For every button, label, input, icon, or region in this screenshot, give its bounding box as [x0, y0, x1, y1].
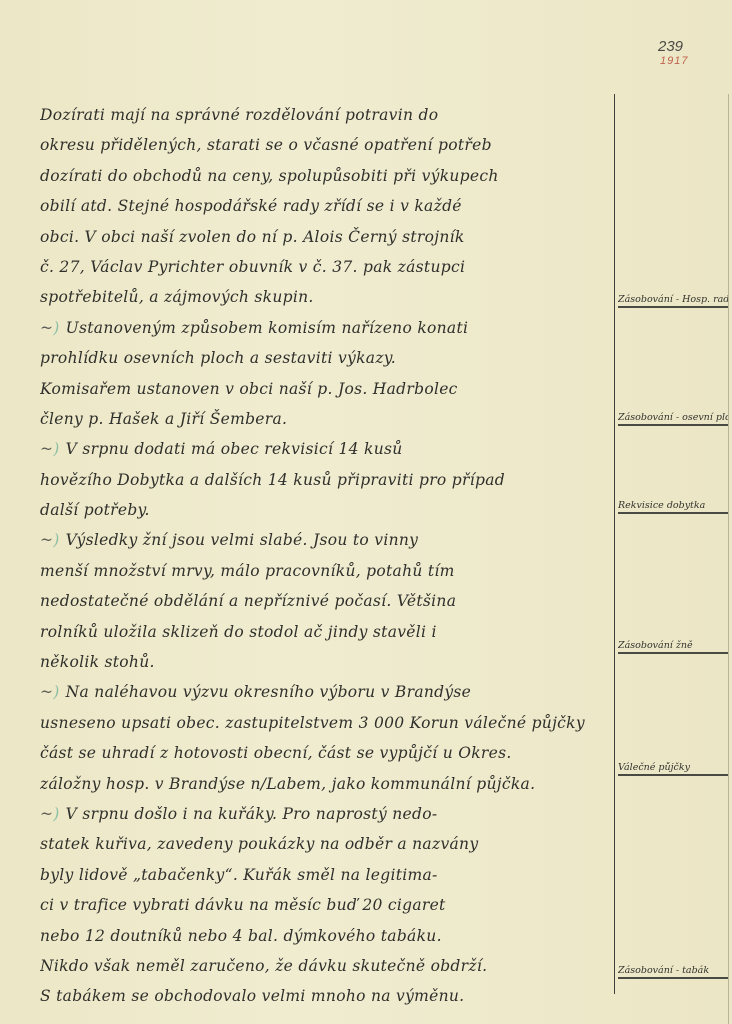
- text-line-content: menší množství mrvy, málo pracovníků, po…: [40, 562, 455, 580]
- text-line: členy p. Hašek a Jiří Šembera.: [40, 404, 612, 434]
- text-line-content: obci. V obci naší zvolen do ní p. Alois …: [40, 228, 465, 246]
- text-line-content: nebo 12 doutníků nebo 4 bal. dýmkového t…: [40, 927, 442, 945]
- paragraph-mark-icon: ~): [40, 434, 60, 464]
- text-line: Dozírati mají na správné rozdělování pot…: [40, 100, 612, 130]
- paragraph-mark-icon: ~): [40, 313, 60, 343]
- text-line-content: ci v trafice vybrati dávku na měsíc buď …: [40, 896, 446, 914]
- margin-rule: [614, 94, 615, 994]
- text-line: hovězího Dobytka a dalších 14 kusů připr…: [40, 465, 612, 495]
- text-line: usneseno upsati obec. zastupitelstvem 3 …: [40, 708, 612, 738]
- text-line: S tabákem se obchodovalo velmi mnoho na …: [40, 981, 612, 1011]
- text-line: obilí atd. Stejné hospodářské rady zřídí…: [40, 191, 612, 221]
- text-line-content: č. 27, Václav Pyrichter obuvník v č. 37.…: [40, 258, 465, 276]
- text-line-content: Dozírati mají na správné rozdělování pot…: [40, 106, 438, 124]
- text-line: rolníků uložila sklizeň do stodol ač jin…: [40, 617, 612, 647]
- text-line: ci v trafice vybrati dávku na měsíc buď …: [40, 890, 612, 920]
- text-line-content: V srpnu dodati má obec rekvisicí 14 kusů: [66, 440, 403, 458]
- text-line: byly lidově „tabačenky“. Kuřák směl na l…: [40, 860, 612, 890]
- text-line: č. 27, Václav Pyrichter obuvník v č. 37.…: [40, 252, 612, 282]
- text-line: okresu přidělených, starati se o včasné …: [40, 130, 612, 160]
- page-edge-rule: [728, 94, 729, 1024]
- text-line: nedostatečné obdělání a nepříznivé počas…: [40, 586, 612, 616]
- text-line: menší množství mrvy, málo pracovníků, po…: [40, 556, 612, 586]
- text-line-content: obilí atd. Stejné hospodářské rady zřídí…: [40, 197, 462, 215]
- text-line-content: okresu přidělených, starati se o včasné …: [40, 136, 492, 154]
- text-line-content: statek kuřiva, zavedeny poukázky na odbě…: [40, 835, 478, 853]
- text-line-content: nedostatečné obdělání a nepříznivé počas…: [40, 592, 456, 610]
- text-line-content: prohlídku osevních ploch a sestaviti výk…: [40, 349, 396, 367]
- text-line: prohlídku osevních ploch a sestaviti výk…: [40, 343, 612, 373]
- text-line: část se uhradí z hotovosti obecní, část …: [40, 738, 612, 768]
- year-annotation: 1917: [660, 55, 688, 67]
- text-line: záložny hosp. v Brandýse n/Labem, jako k…: [40, 769, 612, 799]
- text-line: ~)Na naléhavou výzvu okresního výboru v …: [40, 677, 612, 707]
- text-line: spotřebitelů, a zájmových skupin.: [40, 282, 612, 312]
- text-line: několik stohů.: [40, 647, 612, 677]
- text-line: obci. V obci naší zvolen do ní p. Alois …: [40, 222, 612, 252]
- text-line: ~)V srpnu dodati má obec rekvisicí 14 ku…: [40, 434, 612, 464]
- paragraph-mark-icon: ~): [40, 799, 60, 829]
- text-line-content: členy p. Hašek a Jiří Šembera.: [40, 410, 287, 428]
- text-line-content: několik stohů.: [40, 653, 155, 671]
- paragraph-mark-icon: ~): [40, 525, 60, 555]
- margin-note: Zásobování - tabák: [618, 965, 728, 979]
- text-line-content: část se uhradí z hotovosti obecní, část …: [40, 744, 512, 762]
- text-line: statek kuřiva, zavedeny poukázky na odbě…: [40, 829, 612, 859]
- text-line: ~)V srpnu došlo i na kuřáky. Pro naprost…: [40, 799, 612, 829]
- text-line: ~)Ustanoveným způsobem komisím nařízeno …: [40, 313, 612, 343]
- margin-note: Zásobování - Hosp. rady: [618, 294, 728, 308]
- margin-note: Rekvisice dobytka: [618, 500, 728, 514]
- text-line: nebo 12 doutníků nebo 4 bal. dýmkového t…: [40, 921, 612, 951]
- text-line-content: další potřeby.: [40, 501, 150, 519]
- ledger-page: 239 1917 Dozírati mají na správné rozděl…: [0, 0, 732, 1024]
- text-line: ~)Výsledky žní jsou velmi slabé. Jsou to…: [40, 525, 612, 555]
- text-line-content: záložny hosp. v Brandýse n/Labem, jako k…: [40, 775, 535, 793]
- text-line-content: usneseno upsati obec. zastupitelstvem 3 …: [40, 714, 585, 732]
- text-line-content: dozírati do obchodů na ceny, spolupůsobi…: [40, 167, 499, 185]
- text-line-content: rolníků uložila sklizeň do stodol ač jin…: [40, 623, 437, 641]
- text-line-content: Komisařem ustanoven v obci naší p. Jos. …: [40, 380, 458, 398]
- text-line-content: S tabákem se obchodovalo velmi mnoho na …: [40, 987, 464, 1005]
- text-line-content: Výsledky žní jsou velmi slabé. Jsou to v…: [66, 531, 419, 549]
- text-line-content: V srpnu došlo i na kuřáky. Pro naprostý …: [66, 805, 438, 823]
- margin-note: Válečné půjčky: [618, 762, 728, 776]
- text-line: dozírati do obchodů na ceny, spolupůsobi…: [40, 161, 612, 191]
- margin-note: Zásobování - osevní plochy: [618, 412, 728, 426]
- text-line-content: hovězího Dobytka a dalších 14 kusů připr…: [40, 471, 505, 489]
- text-line-content: spotřebitelů, a zájmových skupin.: [40, 288, 314, 306]
- text-line-content: byly lidově „tabačenky“. Kuřák směl na l…: [40, 866, 438, 884]
- text-line: další potřeby.: [40, 495, 612, 525]
- text-line: Komisařem ustanoven v obci naší p. Jos. …: [40, 374, 612, 404]
- text-line-content: Nikdo však neměl zaručeno, že dávku skut…: [40, 957, 487, 975]
- text-line: Nikdo však neměl zaručeno, že dávku skut…: [40, 951, 612, 981]
- margin-note: Zásobování žně: [618, 640, 728, 654]
- handwritten-body: Dozírati mají na správné rozdělování pot…: [40, 100, 612, 1012]
- paragraph-mark-icon: ~): [40, 677, 60, 707]
- page-number: 239: [658, 38, 683, 55]
- text-line-content: Ustanoveným způsobem komisím nařízeno ko…: [66, 319, 469, 337]
- text-line-content: Na naléhavou výzvu okresního výboru v Br…: [66, 683, 472, 701]
